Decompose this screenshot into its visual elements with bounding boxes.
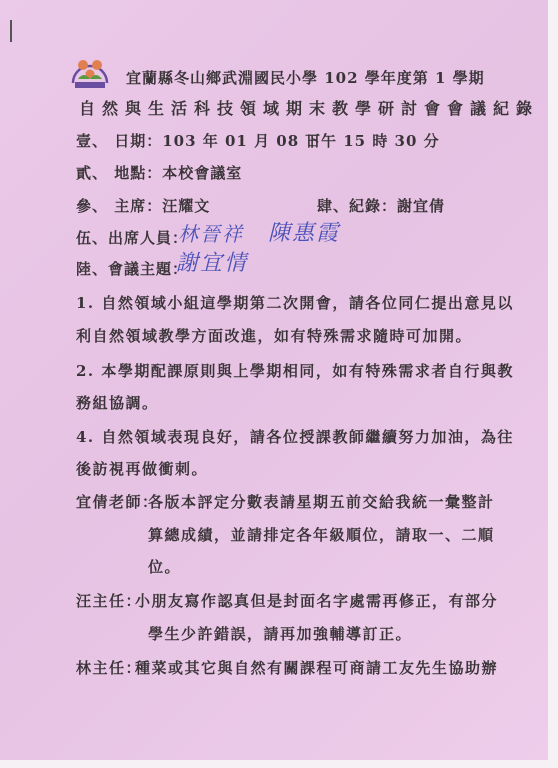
signature-1: 林晉祥 [178,218,244,247]
remark-line: 種菜或其它與自然有關課程可商請工友先生協助辦 [135,657,498,678]
chair-field: 參、 主席：汪耀文 [76,195,210,216]
topic-label: 陸、會議主題： [76,258,188,279]
item-line: 利自然領域教學方面改進，如有特殊需求隨時可加開。 [76,325,472,346]
school-logo-icon [70,53,110,89]
remark-line: 學生少許錯誤，請再加強輔導訂正。 [148,623,412,644]
time-field: 下午 15 時 30 分 [305,130,440,151]
recorder-field: 肆、紀錄：謝宜倩 [317,195,445,216]
date-field: 壹、 日期：103 年 01 月 08 日 [76,130,321,151]
item-line: 4. 自然領域表現良好，請各位授課教師繼續努力加油，為往 [76,426,514,447]
attendees-label: 伍、出席人員： [76,227,188,248]
remark-line: 小朋友寫作認真但是封面名字處需再修正，有部分 [135,590,498,611]
item-line: 1. 自然領域小組這學期第二次開會，請各位同仁提出意見以 [76,292,514,313]
item-line: 2. 本學期配課原則與上學期相同，如有特殊需求者自行與教 [76,360,514,381]
signature-2: 陳惠霞 [268,216,340,247]
item-line: 後訪視再做衝刺。 [76,458,208,479]
edge-mark [10,20,12,42]
location-field: 貳、 地點：本校會議室 [76,162,242,183]
remark-line: 各版本評定分數表請星期五前交給我統一彙整計 [148,491,495,512]
header-line1: 宜蘭縣冬山鄉武淵國民小學 102 學年度第 1 學期 [126,67,485,88]
remark-line: 算總成績，並請排定各年級順位，請取一、二順 [148,524,495,545]
remark-speaker: 林主任： [76,657,142,678]
item-line: 務組協調。 [76,392,159,413]
remark-speaker: 宜倩老師： [76,491,159,512]
remark-line: 位。 [148,556,181,577]
signature-3: 謝宜情 [176,246,248,277]
header-line2: 自然與生活科技領域期末教學研討會會議紀錄 [79,96,539,119]
remark-speaker: 汪主任： [76,590,142,611]
scanned-page: 宜蘭縣冬山鄉武淵國民小學 102 學年度第 1 學期 自然與生活科技領域期末教學… [0,0,548,760]
